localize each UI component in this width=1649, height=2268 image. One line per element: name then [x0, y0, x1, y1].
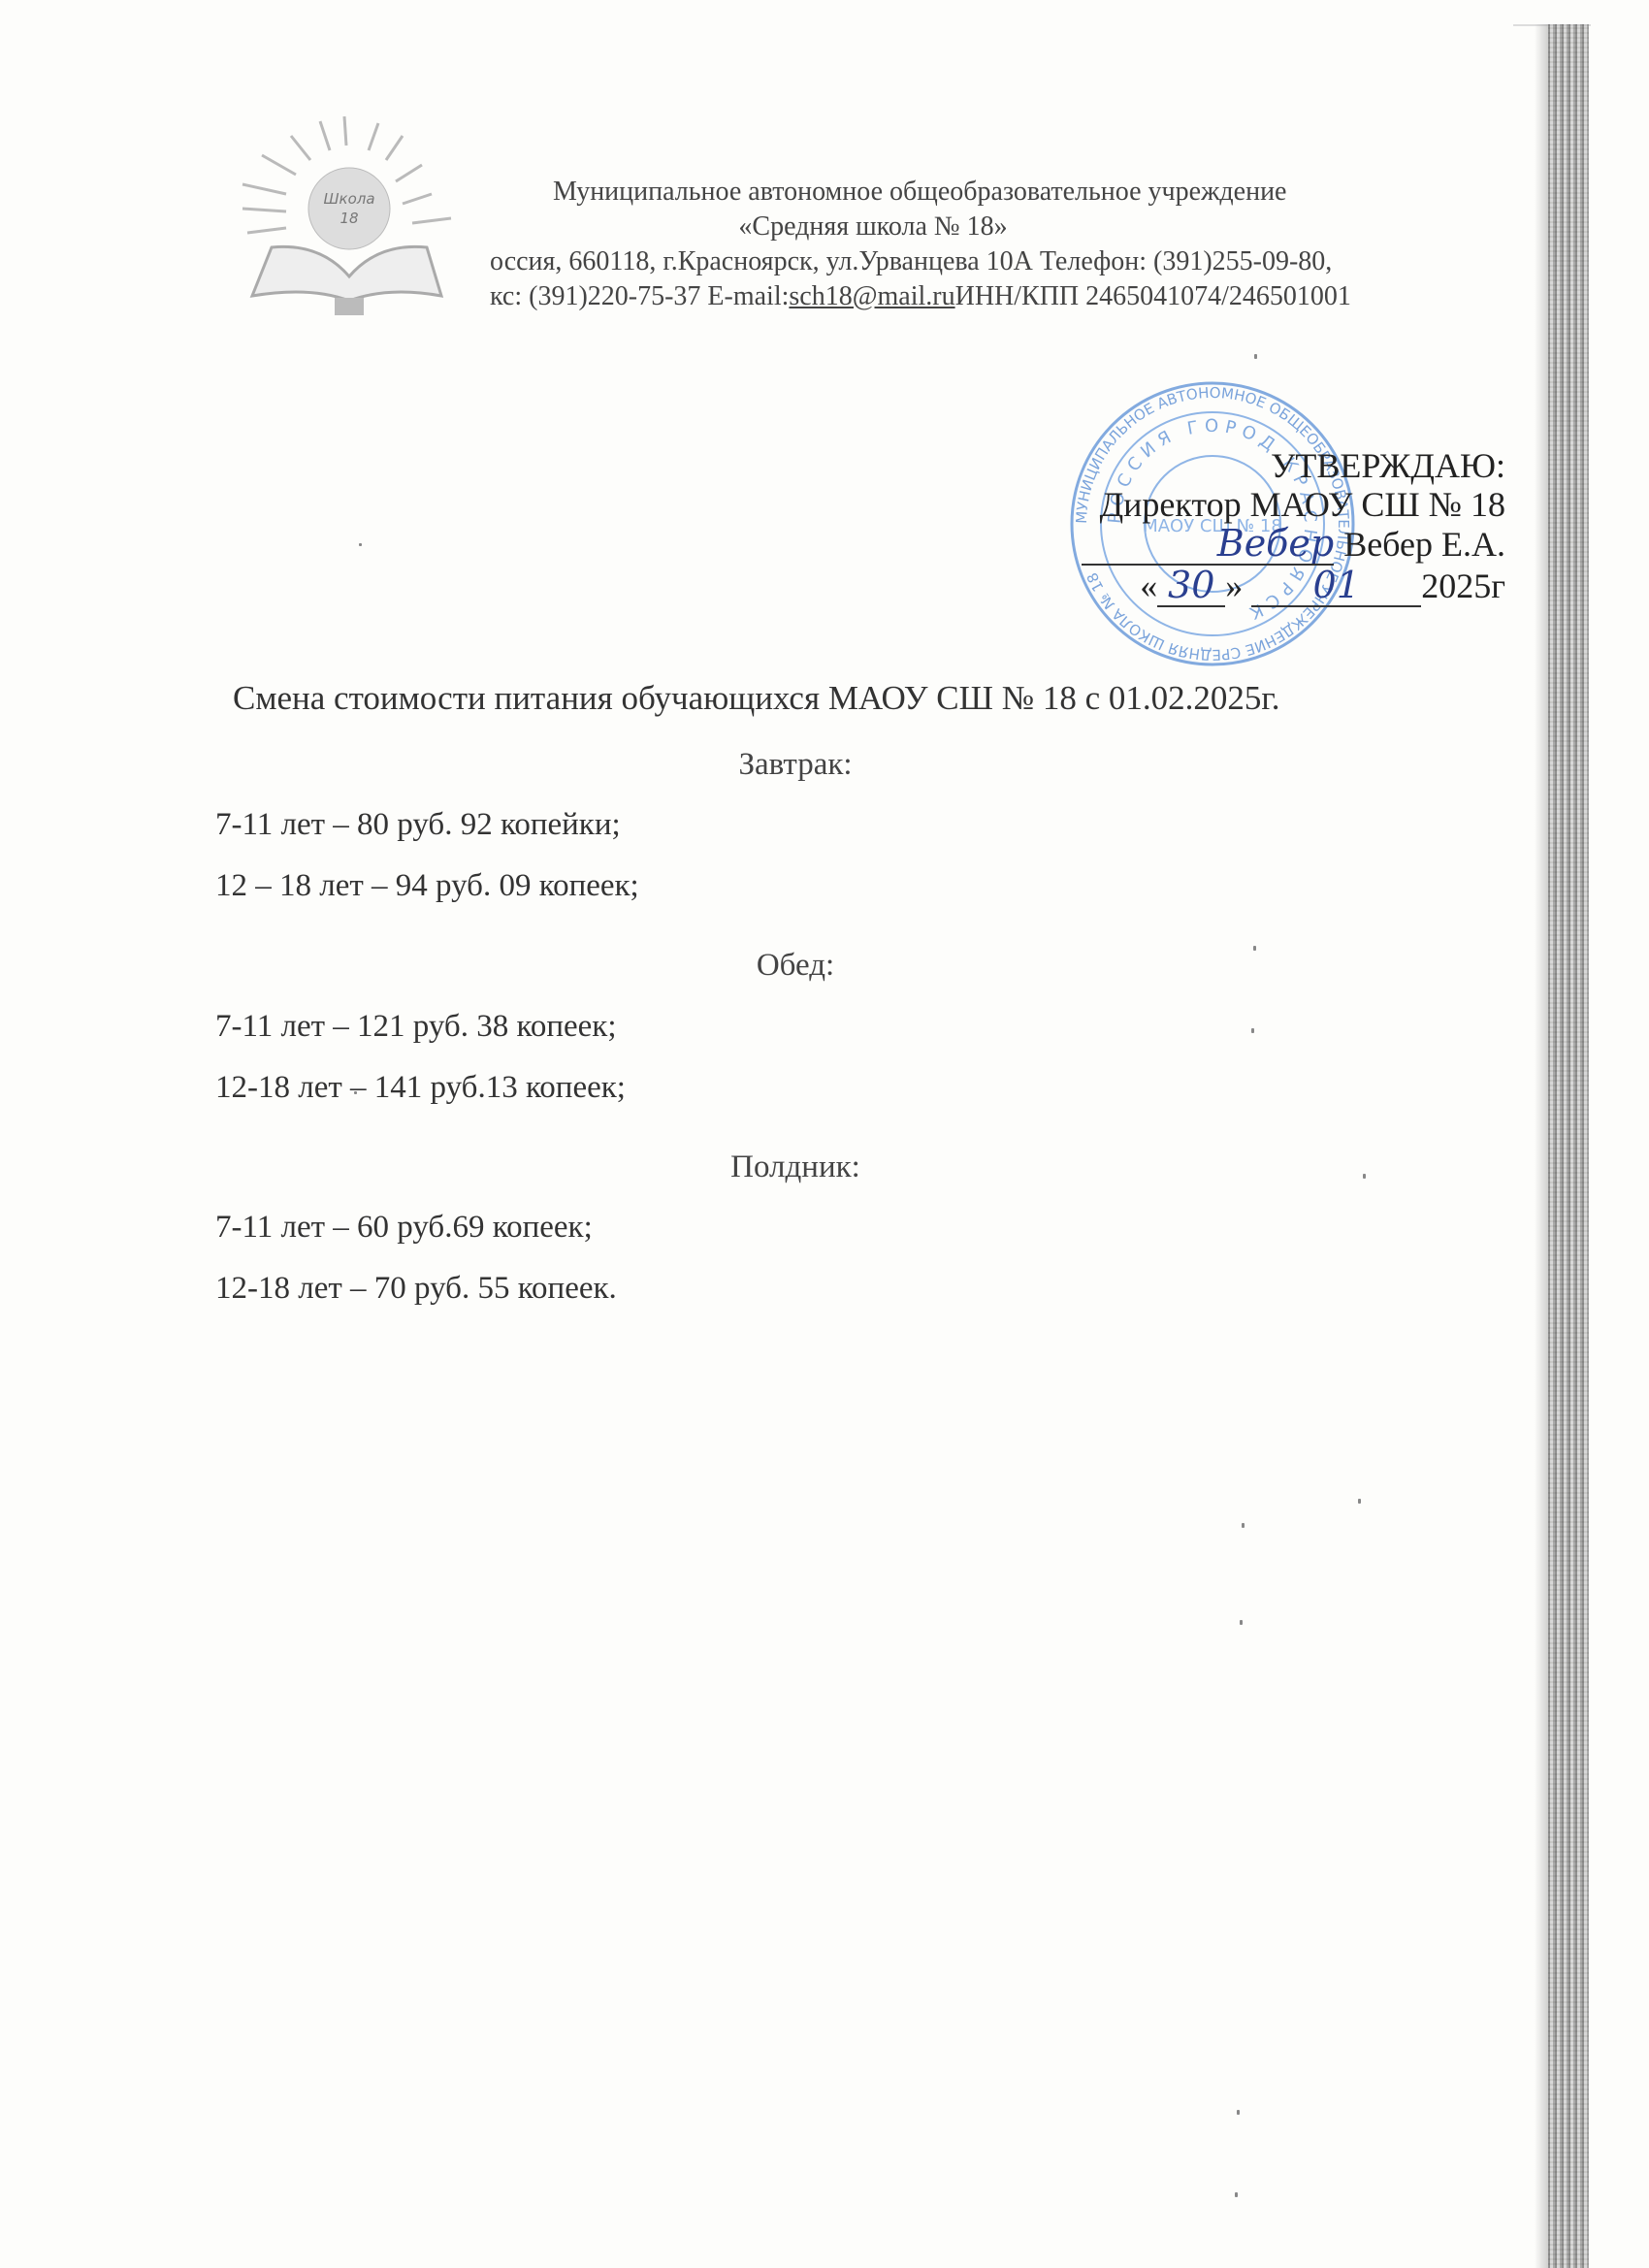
scan-speck — [1242, 1523, 1245, 1528]
org-name: Муниципальное автономное общеобразовател… — [553, 175, 1193, 210]
date-month: 01 — [1313, 564, 1360, 606]
approver-position: Директор МАОУ СШ № 18 — [1082, 485, 1505, 524]
school-name: «Средняя школа № 18» — [553, 210, 1193, 244]
price-item: 12 – 18 лет – 94 руб. 09 копеек; — [215, 868, 639, 904]
price-item: 12-18 лет – 70 руб. 55 копеек. — [215, 1271, 617, 1307]
date-day: 30 — [1168, 564, 1214, 606]
svg-text:18: 18 — [339, 210, 358, 227]
approval-label: УТВЕРЖДАЮ: — [1082, 446, 1505, 485]
scan-speck — [1240, 1620, 1243, 1625]
scan-speck — [1251, 1028, 1254, 1033]
price-item: 7-11 лет – 60 руб.69 копеек; — [215, 1210, 593, 1246]
letterhead: Муниципальное автономное общеобразовател… — [524, 175, 1494, 314]
signature-row: ВеберВебер Е.А. — [1082, 524, 1505, 566]
scan-speck — [359, 543, 362, 546]
quote-close: » — [1225, 567, 1243, 605]
price-item: 7-11 лет – 121 руб. 38 копеек; — [215, 1009, 616, 1045]
approval-block: УТВЕРЖДАЮ: Директор МАОУ СШ № 18 ВеберВе… — [1082, 446, 1505, 607]
scan-speck — [1254, 354, 1257, 359]
section-heading-lunch: Обед: — [0, 948, 1620, 984]
section-heading-snack: Полдник: — [0, 1150, 1620, 1185]
inn-kpp: ИНН/КПП 2465041074/246501001 — [955, 281, 1351, 311]
signature: Вебер — [1217, 522, 1334, 565]
scan-speck — [1237, 2110, 1240, 2115]
fax-label: кс: (391)220-75-37 E-mail: — [490, 281, 789, 311]
address-line: оссия, 660118, г.Красноярск, ул.Урванцев… — [490, 244, 1494, 279]
quote-open: « — [1140, 567, 1157, 605]
section-heading-breakfast: Завтрак: — [0, 747, 1620, 783]
scan-speck — [1358, 1499, 1361, 1504]
document-title: Смена стоимости питания обучающихся МАОУ… — [233, 679, 1280, 718]
scan-speck — [1235, 2192, 1238, 2197]
price-item: 7-11 лет – 80 руб. 92 копейки; — [215, 807, 621, 843]
scan-speck — [1253, 946, 1256, 951]
approver-name: Вебер Е.А. — [1343, 525, 1505, 564]
scan-speck — [1363, 1174, 1366, 1179]
email-link[interactable]: sch18@mail.ru — [789, 281, 954, 311]
svg-text:Школа: Школа — [323, 190, 374, 208]
scan-speck — [354, 1091, 357, 1094]
school-logo: Школа 18 — [233, 112, 466, 320]
contact-line: кс: (391)220-75-37 E-mail:sch18@mail.ruИ… — [490, 279, 1494, 314]
signature-line: Вебер — [1082, 524, 1334, 566]
scan-edge-artifact — [1548, 24, 1589, 2268]
approval-date: «30» 012025г — [1082, 566, 1505, 607]
date-year: 2025г — [1421, 567, 1505, 605]
price-item: 12-18 лет – 141 руб.13 копеек; — [215, 1070, 626, 1106]
